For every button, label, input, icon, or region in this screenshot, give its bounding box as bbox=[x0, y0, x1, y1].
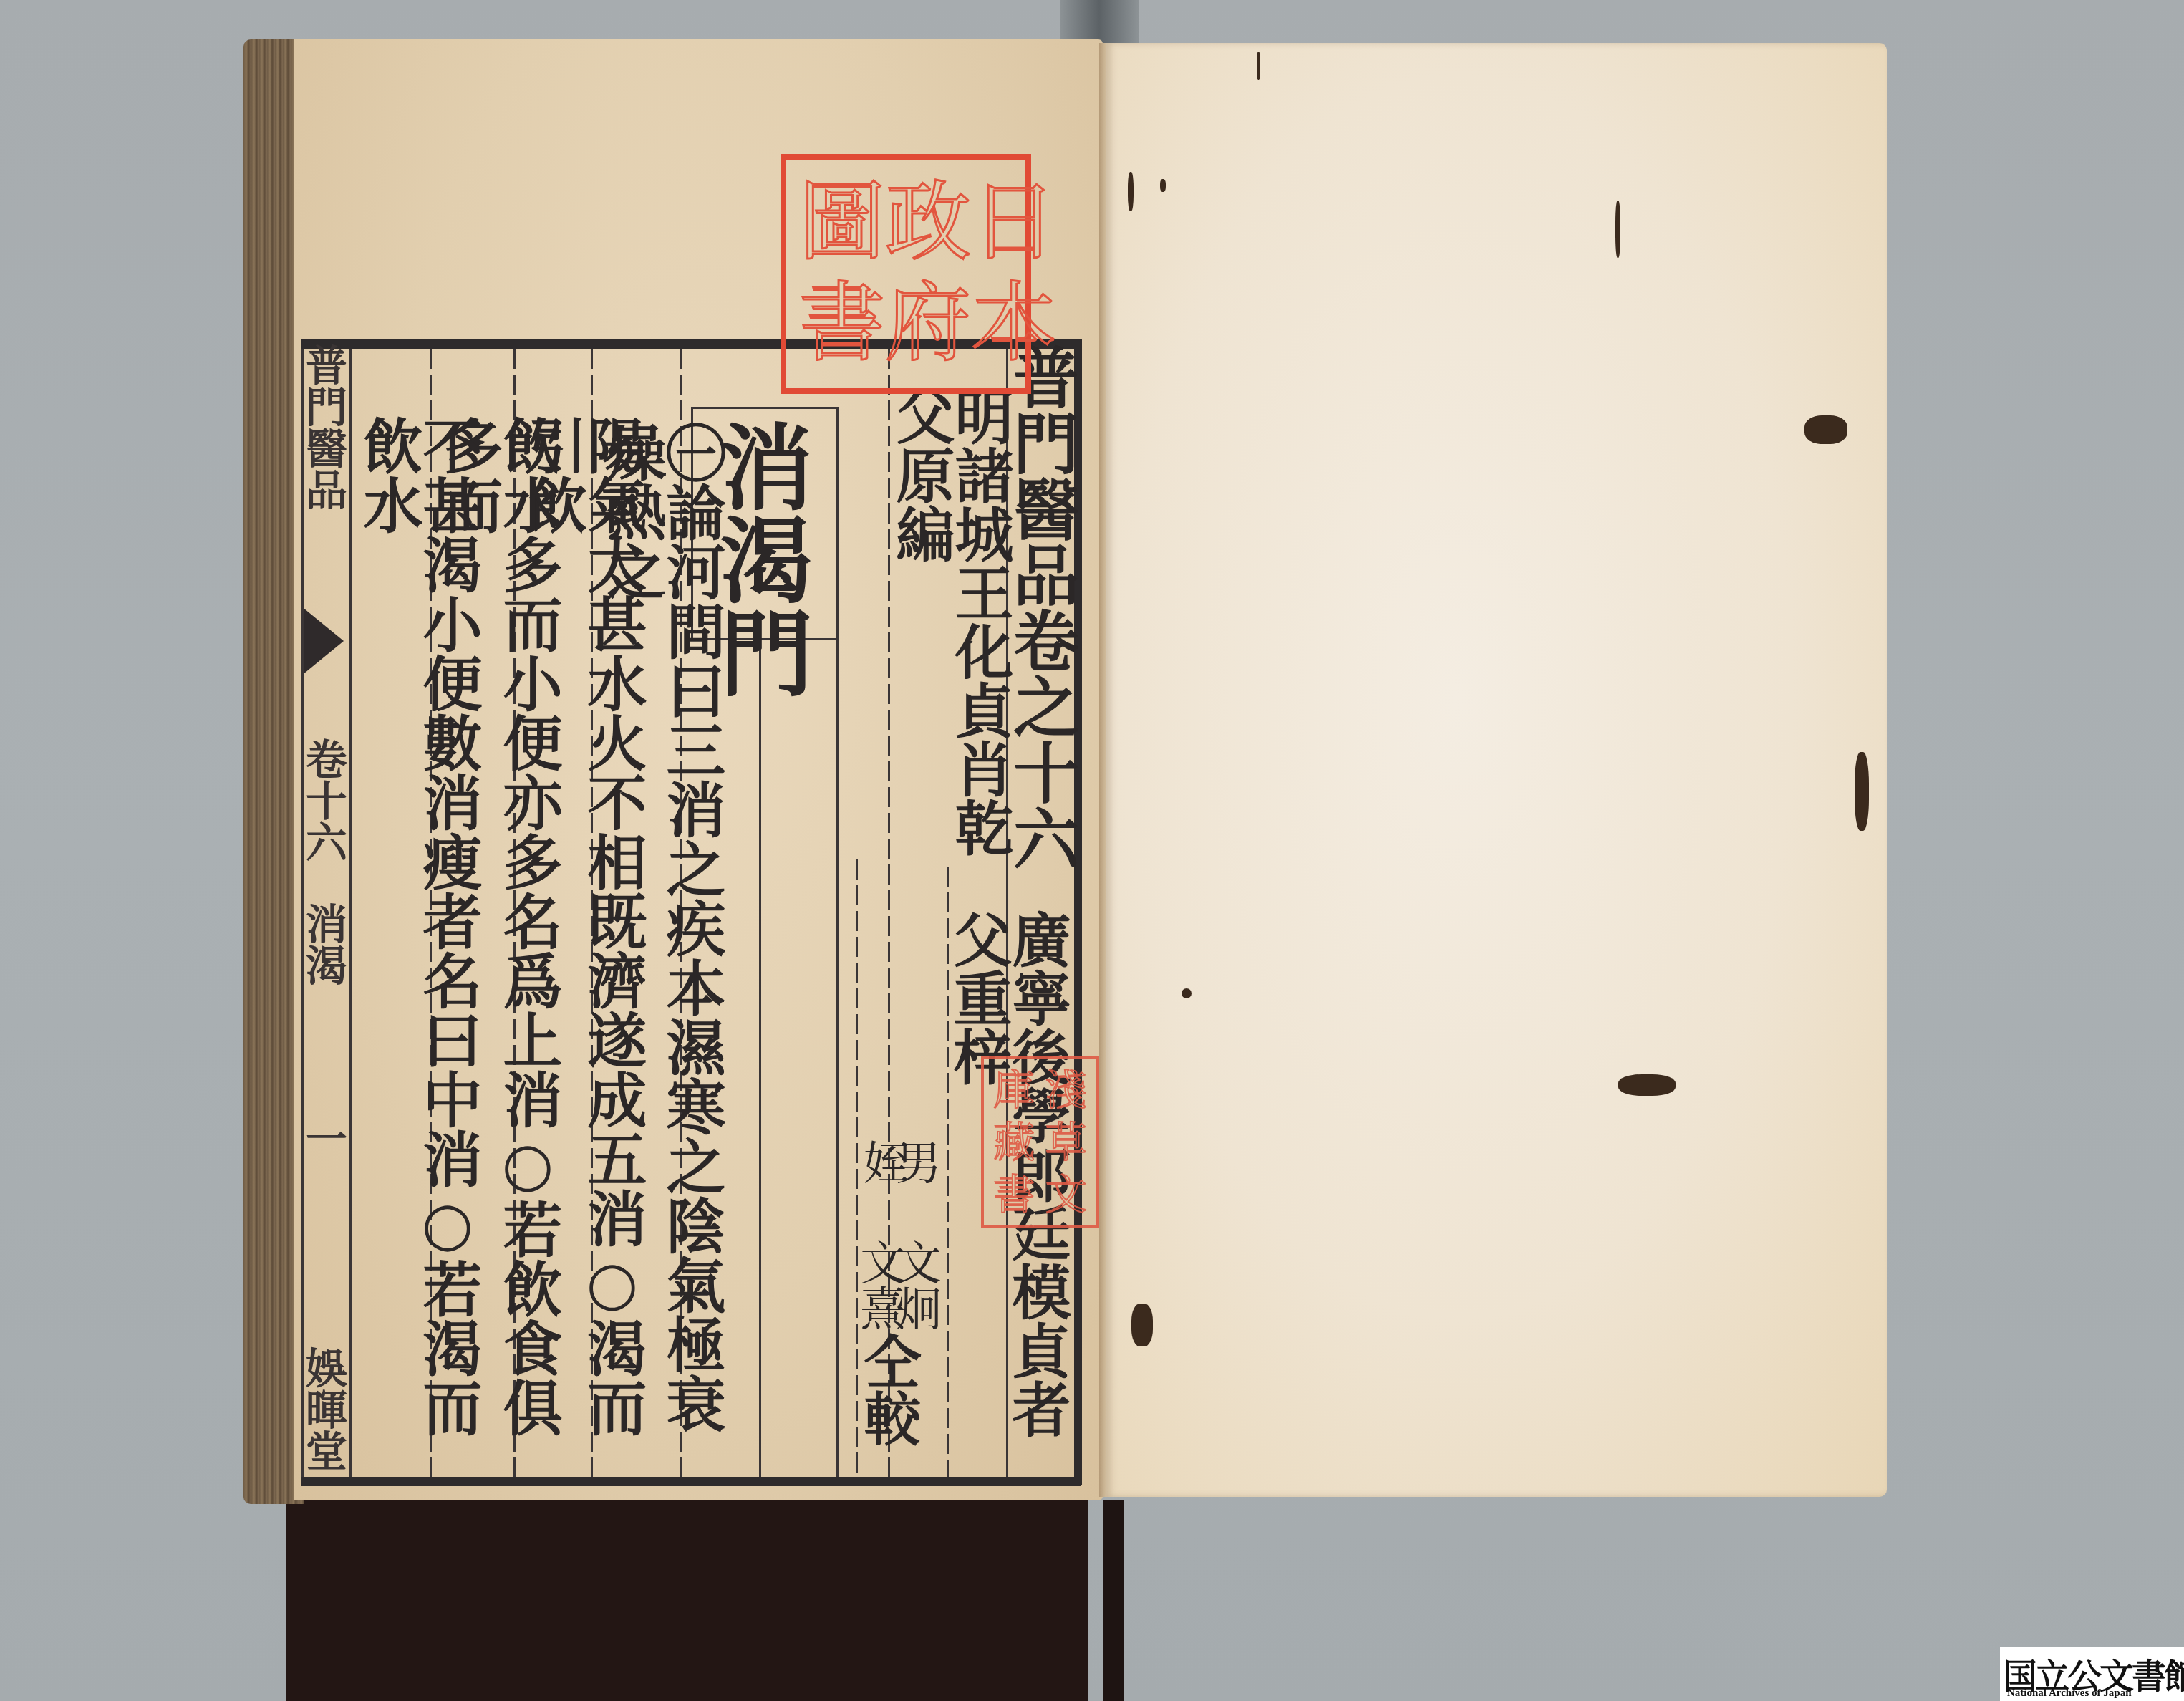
book-shadow-right bbox=[1103, 1500, 1124, 1701]
seal-char: 政 bbox=[885, 173, 971, 274]
worm-hole bbox=[1160, 179, 1166, 192]
worm-hole bbox=[1804, 415, 1847, 444]
collated-mark: 仝較 bbox=[859, 1332, 917, 1447]
fishtail-mark bbox=[304, 609, 344, 673]
worm-hole bbox=[1855, 752, 1869, 831]
seal-char: 書 bbox=[799, 274, 885, 376]
national-archives-logo: 国立公文書館 National Archives of Japan bbox=[2000, 1647, 2184, 1701]
worm-hole bbox=[1128, 172, 1134, 211]
collator-name-2: 文熹 bbox=[856, 1239, 902, 1331]
margin-section: 消渴 bbox=[302, 902, 344, 986]
seal-char: 淺 bbox=[1040, 1064, 1093, 1116]
red-seal-small: 庫 淺 藏 草 書 文 bbox=[981, 1056, 1099, 1228]
seal-char: 日 bbox=[971, 173, 1057, 274]
column-rule bbox=[759, 630, 761, 1477]
worm-hole bbox=[1615, 201, 1620, 258]
volume-header: 普門醫品卷之十六 bbox=[1008, 344, 1074, 888]
worm-hole bbox=[1257, 52, 1260, 80]
column-rule bbox=[836, 630, 839, 1477]
margin-studio: 娛暉堂 bbox=[302, 1346, 344, 1471]
right-page bbox=[1106, 43, 1887, 1497]
margin-volume: 卷十六 bbox=[302, 738, 344, 862]
margin-page-number: 一 bbox=[302, 1117, 344, 1159]
seal-char: 文 bbox=[1040, 1169, 1093, 1221]
worm-hole bbox=[1182, 988, 1192, 998]
logo-english-text: National Archives of Japan bbox=[2007, 1687, 2132, 1700]
section-title: 消渴門 bbox=[712, 419, 806, 698]
seal-char: 藏 bbox=[988, 1116, 1040, 1168]
seal-char: 圖 bbox=[799, 173, 885, 274]
body-column-4: 不甚渴小便數消瘦者名曰中消○若渴而飲水 bbox=[358, 415, 477, 1475]
worm-hole bbox=[1618, 1074, 1676, 1096]
column-rule bbox=[349, 349, 352, 1477]
compiler-line: 明諸城王化貞肖乾父原編 bbox=[892, 387, 1009, 874]
seal-char: 府 bbox=[885, 274, 971, 376]
book-shadow bbox=[286, 1497, 1088, 1701]
margin-book-title: 普門醫品 bbox=[302, 344, 344, 510]
red-seal-large: 圖 政 日 書 府 本 bbox=[781, 154, 1031, 394]
seal-char: 庫 bbox=[988, 1064, 1040, 1116]
seal-char: 本 bbox=[971, 274, 1057, 376]
seal-char: 書 bbox=[988, 1169, 1040, 1221]
seal-char: 草 bbox=[1040, 1116, 1093, 1168]
collator-label-2: 姪 bbox=[859, 1139, 905, 1185]
worm-hole bbox=[1131, 1304, 1153, 1346]
